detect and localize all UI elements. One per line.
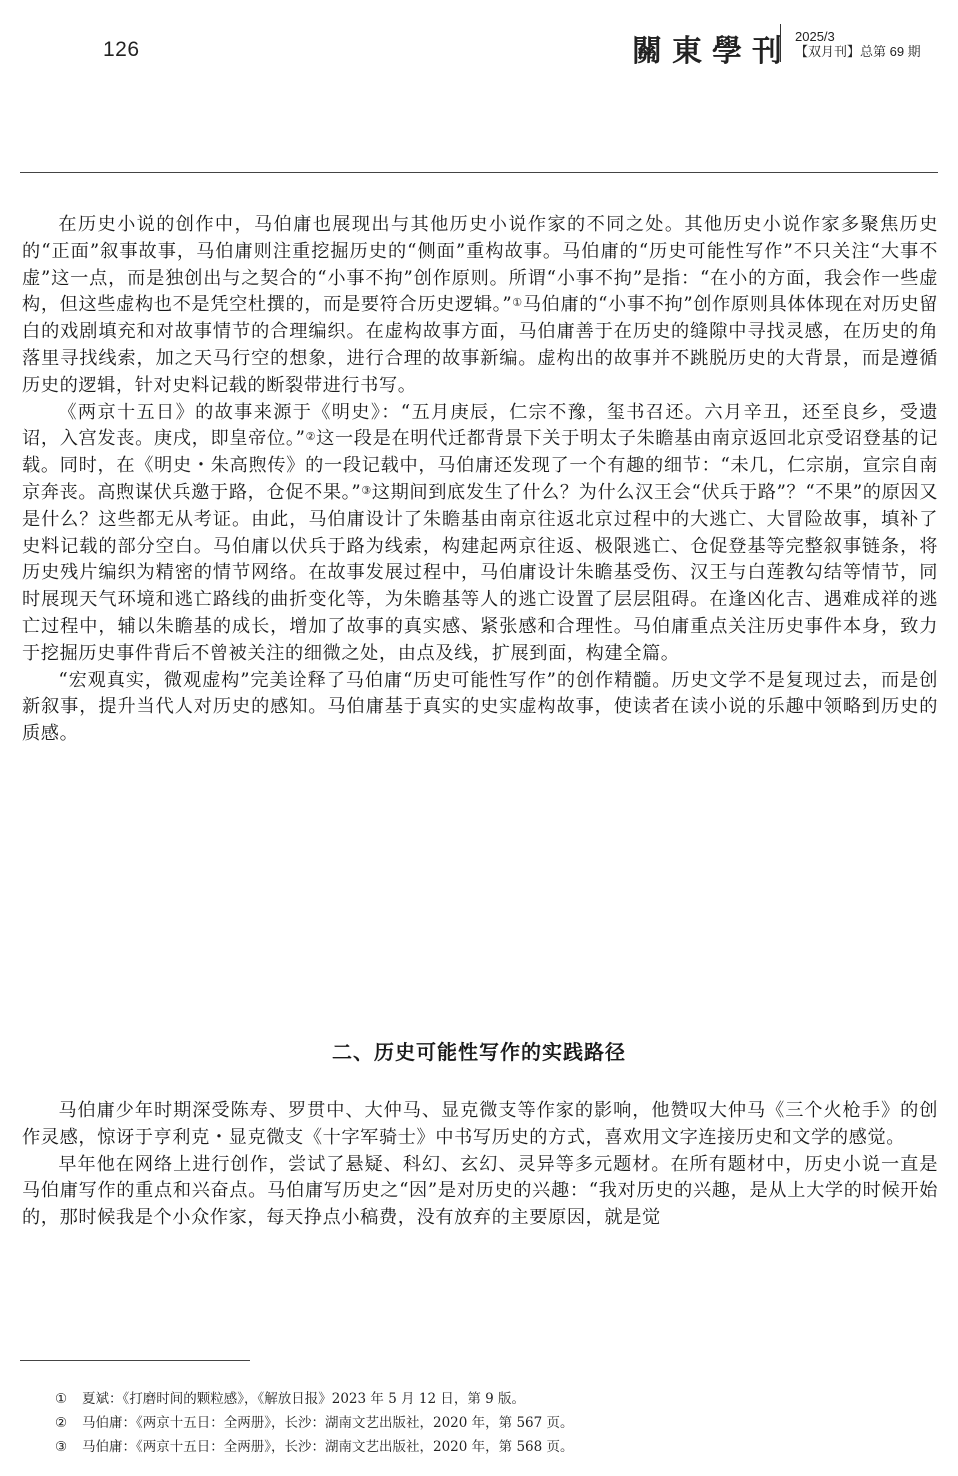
- header-rule: [20, 172, 938, 173]
- footnote-mark: ②: [55, 1411, 82, 1435]
- footnote-mark: ③: [55, 1435, 82, 1459]
- paragraph: 马伯庸少年时期深受陈寿、罗贯中、大仲马、显克微支等作家的影响，他赞叹大仲马《三个…: [22, 1098, 938, 1152]
- journal-masthead: 關東學刊: [632, 26, 792, 70]
- issue-date: 2025/3: [795, 29, 921, 44]
- footnote-ref[interactable]: ②: [306, 430, 317, 443]
- section-heading: 二、历史可能性写作的实践路径: [0, 1036, 958, 1065]
- footnote-rule: [20, 1360, 250, 1361]
- issue-info: 2025/3 【双月刊】总第 69 期: [795, 29, 921, 59]
- footnote-text: 夏斌：《打磨时间的颗粒感》，《解放日报》2023 年 5 月 12 日，第 9 …: [82, 1387, 525, 1411]
- footnote: ② 马伯庸：《两京十五日：全两册》，长沙：湖南文艺出版社，2020 年，第 56…: [55, 1411, 574, 1435]
- footnote-text: 马伯庸：《两京十五日：全两册》，长沙：湖南文艺出版社，2020 年，第 568 …: [82, 1435, 574, 1459]
- masthead-divider: [780, 24, 781, 62]
- footnote-ref[interactable]: ③: [361, 484, 372, 497]
- section1-body: 在历史小说的创作中，马伯庸也展现出与其他历史小说作家的不同之处。其他历史小说作家…: [22, 212, 938, 748]
- footnote: ① 夏斌：《打磨时间的颗粒感》，《解放日报》2023 年 5 月 12 日，第 …: [55, 1387, 574, 1411]
- section2-body: 马伯庸少年时期深受陈寿、罗贯中、大仲马、显克微支等作家的影响，他赞叹大仲马《三个…: [22, 1098, 938, 1232]
- footnote: ③ 马伯庸：《两京十五日：全两册》，长沙：湖南文艺出版社，2020 年，第 56…: [55, 1435, 574, 1459]
- paragraph: 《两京十五日》的故事来源于《明史》：“五月庚辰，仁宗不豫，玺书召还。六月辛丑，还…: [22, 400, 938, 668]
- footnotes: ① 夏斌：《打磨时间的颗粒感》，《解放日报》2023 年 5 月 12 日，第 …: [55, 1387, 574, 1459]
- footnote-mark: ①: [55, 1387, 82, 1411]
- footnote-ref[interactable]: ①: [512, 296, 523, 309]
- footnote-text: 马伯庸：《两京十五日：全两册》，长沙：湖南文艺出版社，2020 年，第 567 …: [82, 1411, 574, 1435]
- page-number: 126: [103, 38, 140, 62]
- paragraph: 在历史小说的创作中，马伯庸也展现出与其他历史小说作家的不同之处。其他历史小说作家…: [22, 212, 938, 400]
- paragraph: 早年他在网络上进行创作，尝试了悬疑、科幻、玄幻、灵异等多元题材。在所有题材中，历…: [22, 1152, 938, 1232]
- issue-number: 【双月刊】总第 69 期: [795, 44, 921, 59]
- paragraph: “宏观真实，微观虚构”完美诠释了马伯庸“历史可能性写作”的创作精髓。历史文学不是…: [22, 668, 938, 748]
